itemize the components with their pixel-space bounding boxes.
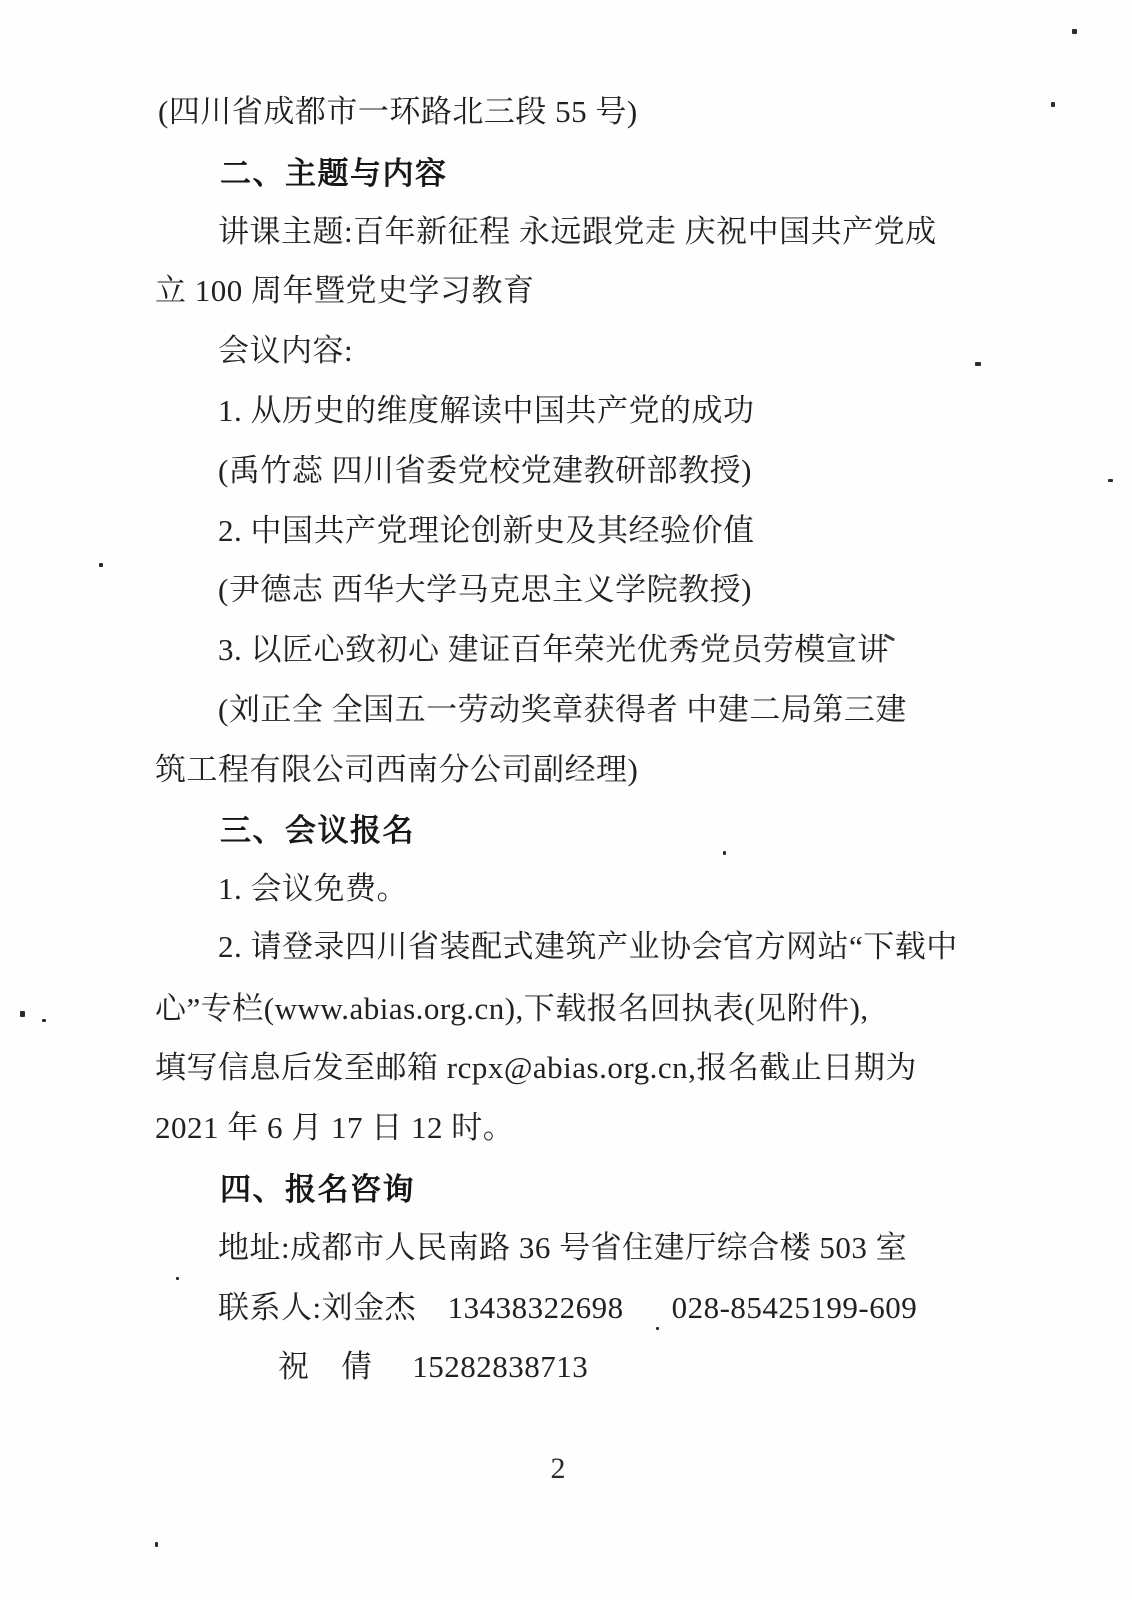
doc-line-address: 地址:成都市人民南路 36 号省住建厅综合楼 503 室 [218,1231,907,1264]
doc-line-speaker-1: (禹竹蕊 四川省委党校党建教研部教授) [218,454,752,487]
scan-speck [155,1542,158,1547]
scan-speck [1108,479,1113,482]
scan-speck [656,1327,659,1330]
doc-line-meeting-content-label: 会议内容: [218,334,353,367]
scan-speck [99,563,103,567]
doc-line-item-3: 3. 以匠心致初心 建证百年荣光优秀党员劳模宣讲 [218,633,889,666]
scan-speck [176,1277,179,1280]
doc-line-website-notice: 2. 请登录四川省装配式建筑产业协会官方网站“下载中 [218,930,958,963]
scan-speck [1051,102,1055,107]
doc-line-address-parenthetical: (四川省成都市一环路北三段 55 号) [158,95,638,128]
doc-line-website-notice-cont1: 心”专栏(www.abias.org.cn),下载报名回执表(见附件), [155,992,869,1025]
doc-line-item-1: 1. 从历史的维度解读中国共产党的成功 [218,394,755,427]
doc-line-item-2: 2. 中国共产党理论创新史及其经验价值 [218,514,755,547]
doc-line-lecture-topic-cont: 立 100 周年暨党史学习教育 [155,274,535,307]
doc-line-contact-2: 祝 倩 15282838713 [278,1350,588,1383]
doc-line-speaker-2: (尹德志 西华大学马克思主义学院教授) [218,573,752,606]
doc-line-free-notice: 1. 会议免费。 [218,872,408,905]
document-page: (四川省成都市一环路北三段 55 号) 二、主题与内容 讲课主题:百年新征程 永… [0,0,1132,1600]
section-heading-topic: 二、主题与内容 [220,157,448,190]
doc-line-contact-1: 联系人:刘金杰 13438322698 028-85425199-609 [218,1291,917,1324]
section-heading-registration: 三、会议报名 [220,814,415,847]
section-heading-consultation: 四、报名咨询 [220,1173,415,1206]
doc-line-speaker-3: (刘正全 全国五一劳动奖章获得者 中建二局第三建 [218,693,907,726]
doc-line-speaker-3-cont: 筑工程有限公司西南分公司副经理) [155,753,638,786]
doc-line-website-notice-cont2: 填写信息后发至邮箱 rcpx@abias.org.cn,报名截止日期为 [155,1051,917,1084]
scan-speck [42,1019,46,1022]
page-number: 2 [0,1452,1116,1486]
scan-speck [975,362,981,366]
scan-speck [723,851,726,855]
scan-speck [1072,29,1077,34]
doc-line-lecture-topic: 讲课主题:百年新征程 永远跟党走 庆祝中国共产党成 [218,215,937,248]
scan-speck [20,1011,25,1017]
doc-line-deadline: 2021 年 6 月 17 日 12 时。 [155,1111,514,1144]
